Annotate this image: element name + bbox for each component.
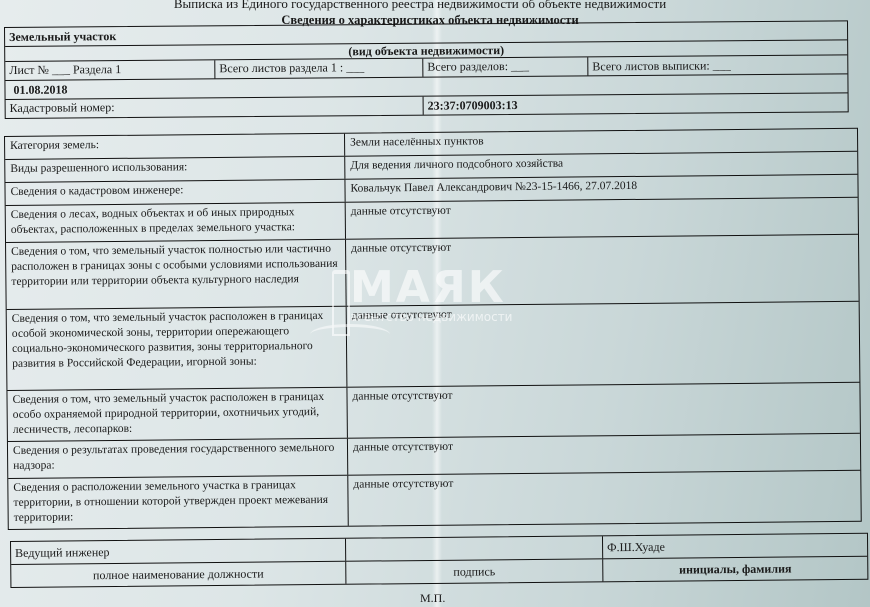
table-row: Сведения о том, что земельный участок ра… <box>7 383 859 442</box>
cadastral-number: 23:37:0709003:13 <box>424 94 848 114</box>
document-title: Выписка из Единого государственного реес… <box>0 0 840 12</box>
row-label: Сведения о том, что земельный участок по… <box>6 240 347 309</box>
total-sheets: Всего листов выписки: ___ <box>588 56 847 75</box>
row-value: данные отсутствуют <box>346 198 858 239</box>
stamp-place: М.П. <box>420 591 445 606</box>
row-label: Виды разрешенного использования: <box>5 157 345 182</box>
row-label: Сведения о том, что земельный участок ра… <box>7 388 347 441</box>
table-row: Сведения о том, что земельный участок ра… <box>7 302 860 391</box>
cadastral-label: Кадастровый номер: <box>6 97 424 118</box>
name-caption: инициалы, фамилия <box>603 557 867 582</box>
position-caption: полное наименование должности <box>11 562 346 587</box>
row-label: Сведения о лесах, водных объектах и об и… <box>6 203 346 242</box>
row-label: Сведения о том, что земельный участок ра… <box>7 307 348 390</box>
sheets-in-section: Всего листов раздела 1 : ___ <box>215 59 423 79</box>
signature-caption: подпись <box>346 559 603 583</box>
official-name: Ф.Ш.Хуаде <box>603 534 867 559</box>
row-value: данные отсутствуют <box>346 235 859 306</box>
characteristics-table: Категория земель: Земли населённых пункт… <box>4 128 862 530</box>
row-label: Сведения о кадастровом инженере: <box>5 180 345 205</box>
row-value: данные отсутствуют <box>348 434 860 475</box>
header-table: Земельный участок (вид объекта недвижимо… <box>4 20 849 119</box>
extract-date: 01.08.2018 <box>5 81 71 99</box>
table-row: Сведения о том, что земельный участок по… <box>6 235 859 310</box>
row-value: данные отсутствуют <box>347 383 859 438</box>
signature-table: Ведущий инженер Ф.Ш.Хуаде полное наимено… <box>10 533 868 588</box>
official-position: Ведущий инженер <box>11 539 346 564</box>
signature-field <box>346 536 603 560</box>
row-value: данные отсутствуют <box>348 471 860 526</box>
row-label: Сведения о расположении земельного участ… <box>8 476 348 529</box>
sheet-number: Лист № ___ Раздела 1 <box>5 60 215 80</box>
table-row: Сведения о расположении земельного участ… <box>8 471 860 529</box>
row-label: Категория земель: <box>5 134 345 159</box>
object-type-caption: (вид объекта недвижимости) <box>344 42 508 60</box>
object-type: Земельный участок <box>5 28 120 46</box>
row-label: Сведения о результатах проведения госуда… <box>8 439 348 478</box>
total-sections: Всего разделов: ___ <box>423 57 588 76</box>
row-value: данные отсутствуют <box>347 302 860 387</box>
